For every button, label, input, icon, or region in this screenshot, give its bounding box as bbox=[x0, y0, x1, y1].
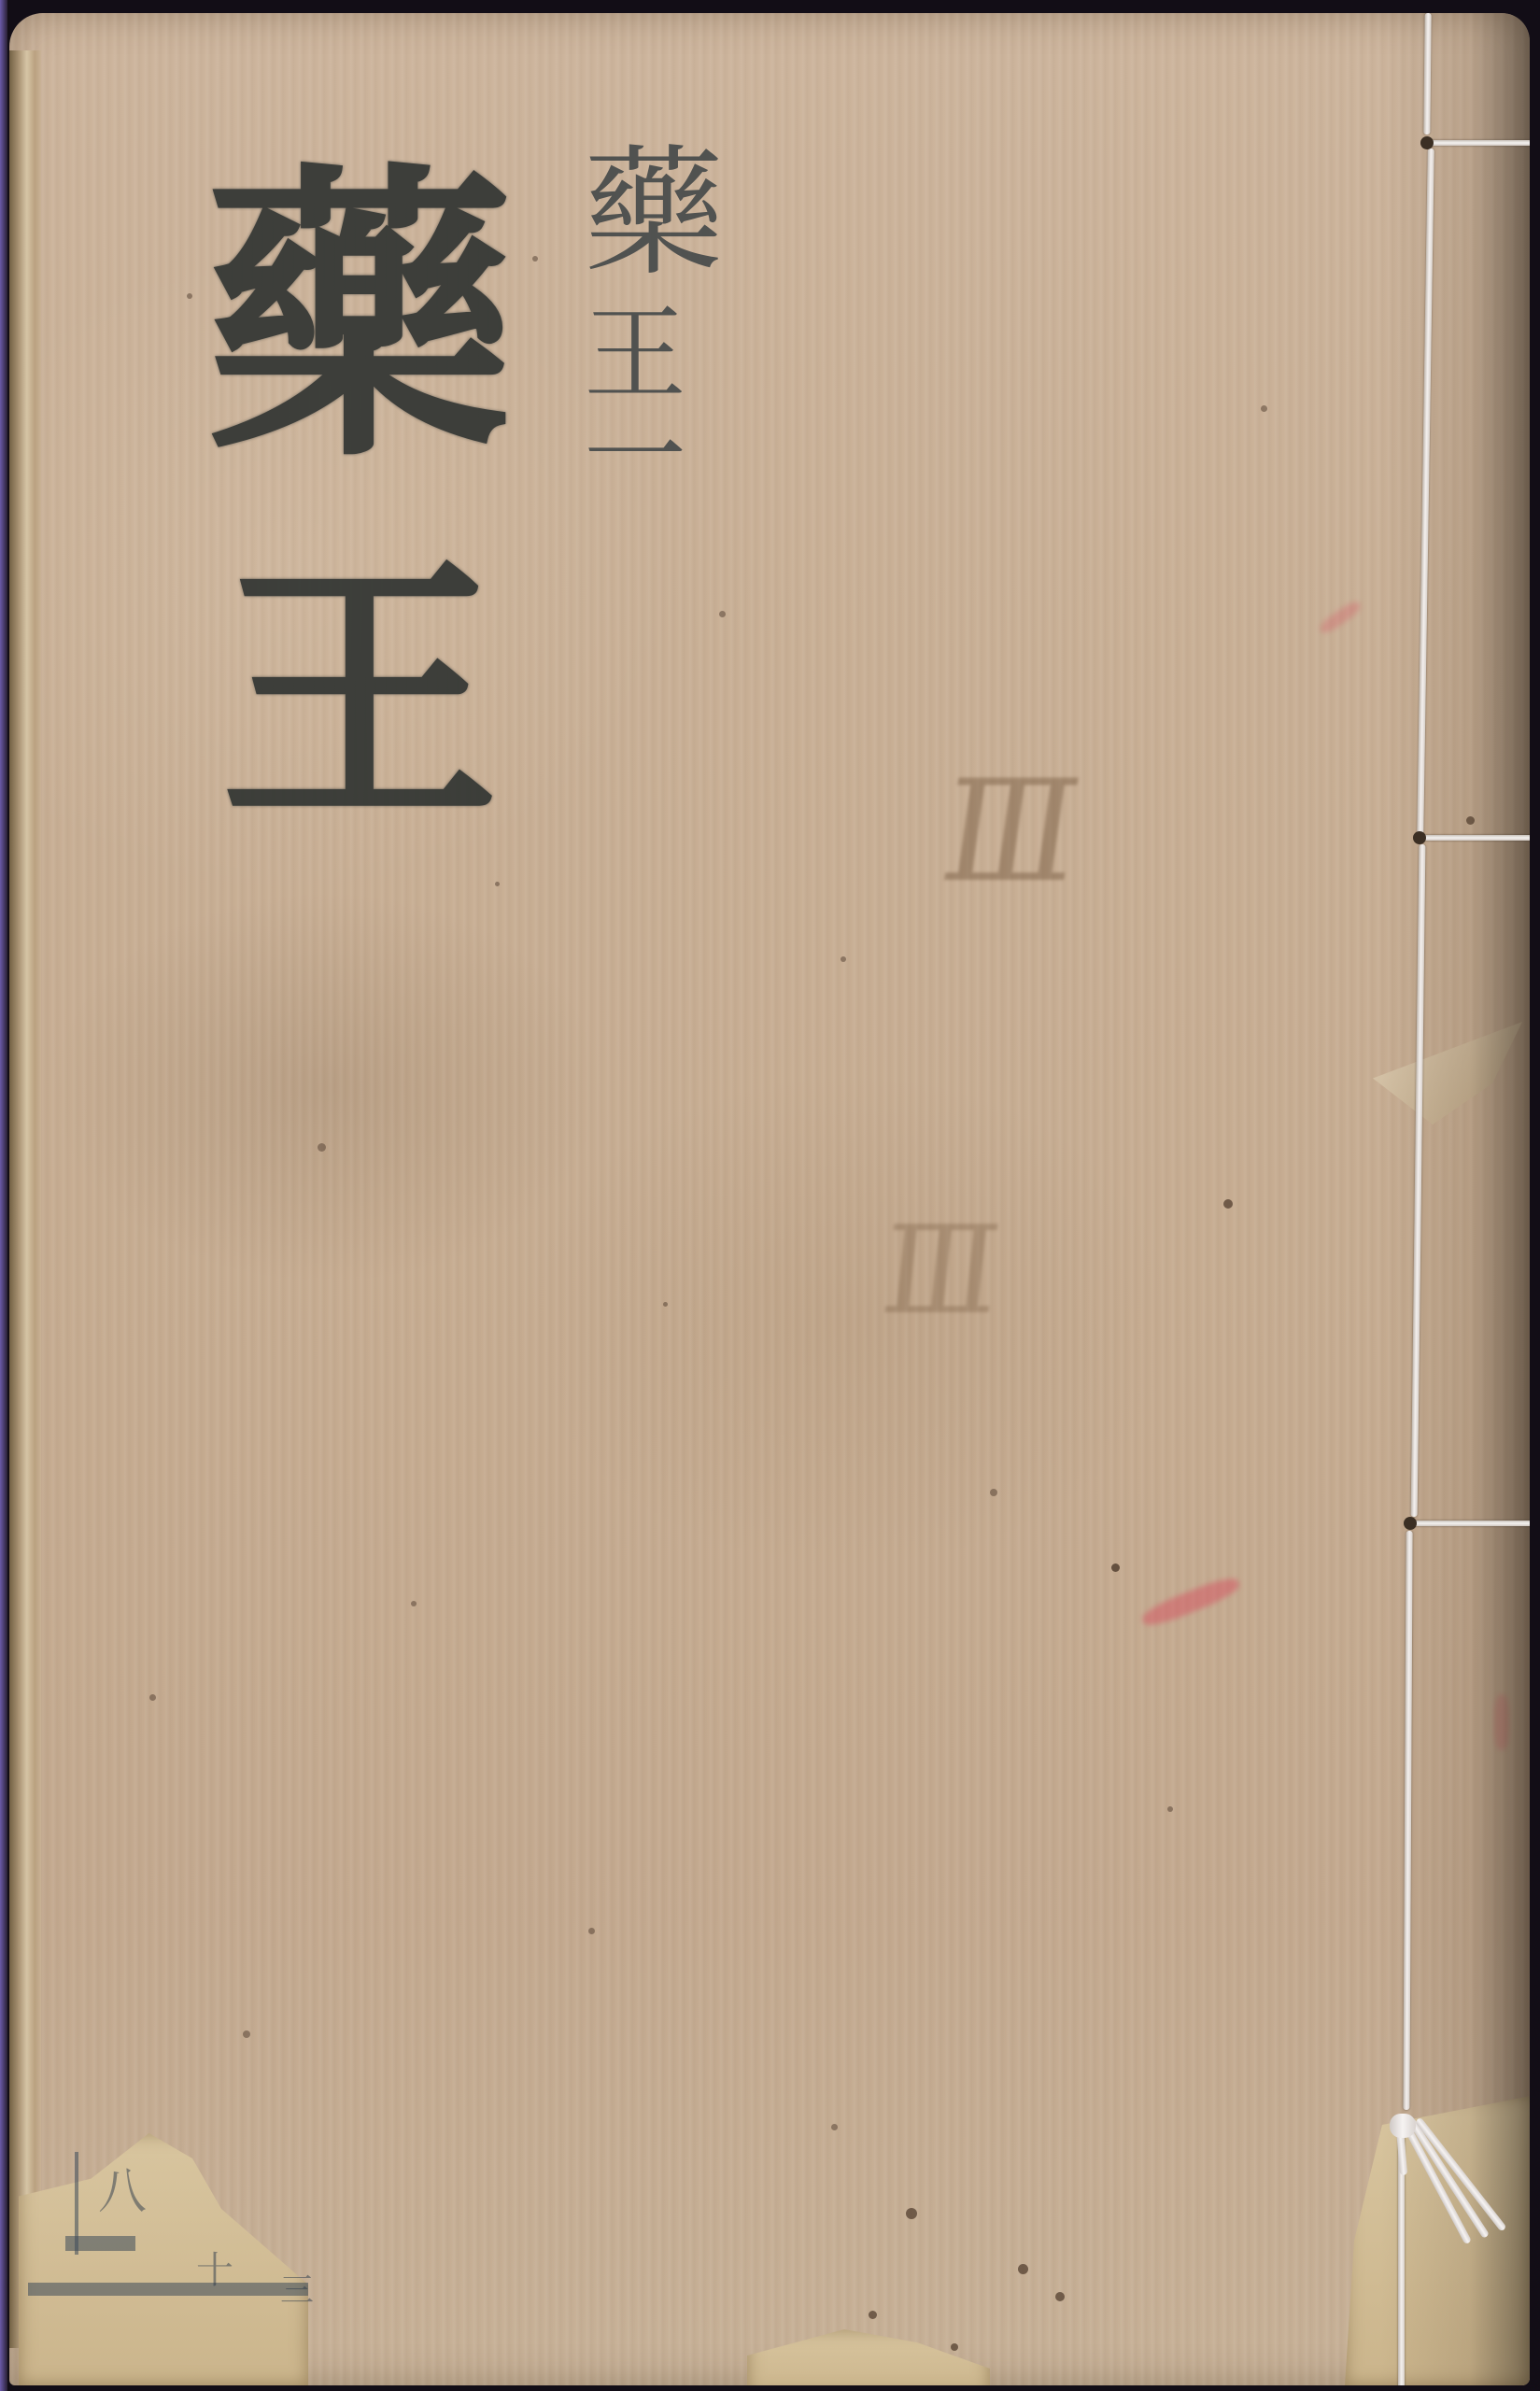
stamp-ghost-lower: Ⅲ bbox=[875, 1199, 1001, 1341]
binding-thread-horizontal bbox=[1429, 140, 1530, 146]
binding-thread-horizontal bbox=[1410, 1521, 1530, 1526]
printed-rule bbox=[75, 2152, 78, 2255]
annotation-char-1: 藥 bbox=[584, 144, 724, 284]
book-title: 藥 王 bbox=[224, 163, 495, 835]
stitch-hole bbox=[1404, 1517, 1417, 1530]
binding-thread-vertical bbox=[1423, 13, 1431, 134]
stitch-hole bbox=[1413, 831, 1426, 844]
title-char-1: 藥 bbox=[205, 163, 514, 471]
annotation-char-2: 王一 bbox=[584, 303, 724, 508]
printed-fragment: 十 bbox=[196, 2241, 233, 2294]
title-char-2: 王 bbox=[219, 555, 500, 835]
stitch-hole bbox=[1420, 136, 1434, 149]
stamp-ghost-upper: Ⅲ bbox=[932, 751, 1084, 913]
handwritten-annotation: 藥 王一 bbox=[584, 144, 724, 508]
printed-fragment: 三 bbox=[280, 2264, 314, 2312]
thread-tassel-knot bbox=[1390, 2119, 1502, 2259]
binding-thread-horizontal bbox=[1421, 835, 1530, 841]
printed-rule bbox=[28, 2283, 308, 2296]
book-cover: Ⅲ Ⅲ 藥 王 藥 王一 八 十 三 bbox=[9, 13, 1530, 2385]
printed-fragment: 八 bbox=[98, 2152, 147, 2222]
scanner-edge bbox=[0, 0, 7, 2391]
